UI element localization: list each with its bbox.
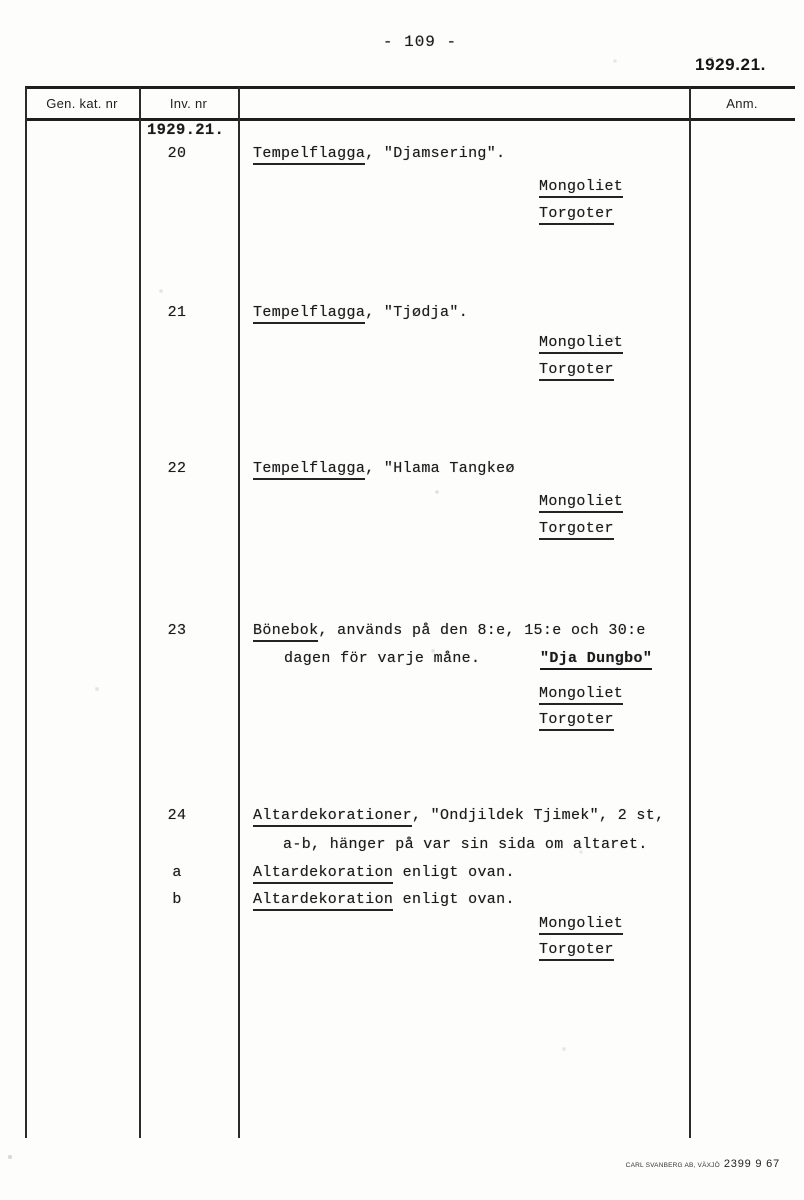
col-header-anm: Anm. bbox=[689, 96, 795, 111]
printer-name: CARL SVANBERG AB, VÄXJÖ bbox=[626, 1162, 720, 1169]
col-header-inv-nr: Inv. nr bbox=[139, 96, 238, 111]
entry-inv-nr: 22 bbox=[155, 459, 199, 479]
entry-title: Altardekoration bbox=[253, 864, 393, 884]
entry-title: Tempelflagga bbox=[253, 304, 365, 324]
provenance-people: Torgoter bbox=[539, 204, 614, 224]
entry-inv-nr: b bbox=[155, 890, 199, 910]
printer-imprint: CARL SVANBERG AB, VÄXJÖ 2399 9 67 bbox=[520, 1154, 780, 1172]
page-number: - 109 - bbox=[340, 32, 500, 52]
entry-description: Bönebok, används på den 8:e, 15:e och 30… bbox=[253, 621, 646, 641]
column-divider-inv-nr bbox=[238, 87, 240, 1138]
entry-description: Tempelflagga, "Tjødja". bbox=[253, 303, 468, 323]
entry-side-note: "Dja Dungbo" bbox=[540, 649, 652, 669]
entry-description-line2: dagen för varje måne. bbox=[284, 649, 480, 669]
entry-inv-nr: 24 bbox=[155, 806, 199, 826]
entry-description: Altardekoration enligt ovan. bbox=[253, 863, 515, 883]
provenance-origin: Mongoliet bbox=[539, 333, 623, 353]
ref-number: 1929.21. bbox=[640, 55, 766, 75]
table-left-border bbox=[25, 87, 27, 1138]
provenance-origin: Mongoliet bbox=[539, 492, 623, 512]
column-divider-gen-kat bbox=[139, 87, 141, 1138]
entry-title-rest: , används på den 8:e, 15:e och 30:e bbox=[318, 622, 645, 639]
provenance-people: Torgoter bbox=[539, 710, 614, 730]
entry-inv-nr: 23 bbox=[155, 621, 199, 641]
provenance-origin: Mongoliet bbox=[539, 914, 623, 934]
entry-inv-nr: a bbox=[155, 863, 199, 883]
scan-noise bbox=[0, 0, 2, 2]
entry-title-rest: , "Ondjildek Tjimek", 2 st, bbox=[412, 807, 665, 824]
entry-title: Altardekorationer bbox=[253, 807, 412, 827]
col-header-gen-kat-nr: Gen. kat. nr bbox=[25, 96, 139, 111]
entry-description: Altardekoration enligt ovan. bbox=[253, 890, 515, 910]
entry-title: Tempelflagga bbox=[253, 145, 365, 165]
entry-title-rest: , "Hlama Tangkeø bbox=[365, 460, 515, 477]
provenance-people: Torgoter bbox=[539, 519, 614, 539]
entry-title: Bönebok bbox=[253, 622, 318, 642]
entry-title-rest: enligt ovan. bbox=[393, 864, 515, 881]
provenance-origin: Mongoliet bbox=[539, 177, 623, 197]
entry-description: Tempelflagga, "Hlama Tangkeø bbox=[253, 459, 515, 479]
provenance-people: Torgoter bbox=[539, 940, 614, 960]
entry-title: Altardekoration bbox=[253, 891, 393, 911]
inventory-group-number: 1929.21. bbox=[147, 120, 224, 140]
scanned-catalog-page: - 109 - 1929.21. Gen. kat. nr Inv. nr An… bbox=[0, 0, 804, 1200]
entry-description: Altardekorationer, "Ondjildek Tjimek", 2… bbox=[253, 806, 664, 826]
entry-title-rest: , "Tjødja". bbox=[365, 304, 468, 321]
entry-description-line2: a-b, hänger på var sin sida om altaret. bbox=[283, 835, 648, 855]
provenance-origin: Mongoliet bbox=[539, 684, 623, 704]
entry-inv-nr: 20 bbox=[155, 144, 199, 164]
provenance-people: Torgoter bbox=[539, 360, 614, 380]
printer-code: 2399 9 67 bbox=[724, 1158, 780, 1170]
entry-inv-nr: 21 bbox=[155, 303, 199, 323]
entry-title-rest: enligt ovan. bbox=[393, 891, 515, 908]
entry-description: Tempelflagga, "Djamsering". bbox=[253, 144, 506, 164]
entry-title-rest: , "Djamsering". bbox=[365, 145, 505, 162]
entry-title: Tempelflagga bbox=[253, 460, 365, 480]
column-divider-anm bbox=[689, 87, 691, 1138]
